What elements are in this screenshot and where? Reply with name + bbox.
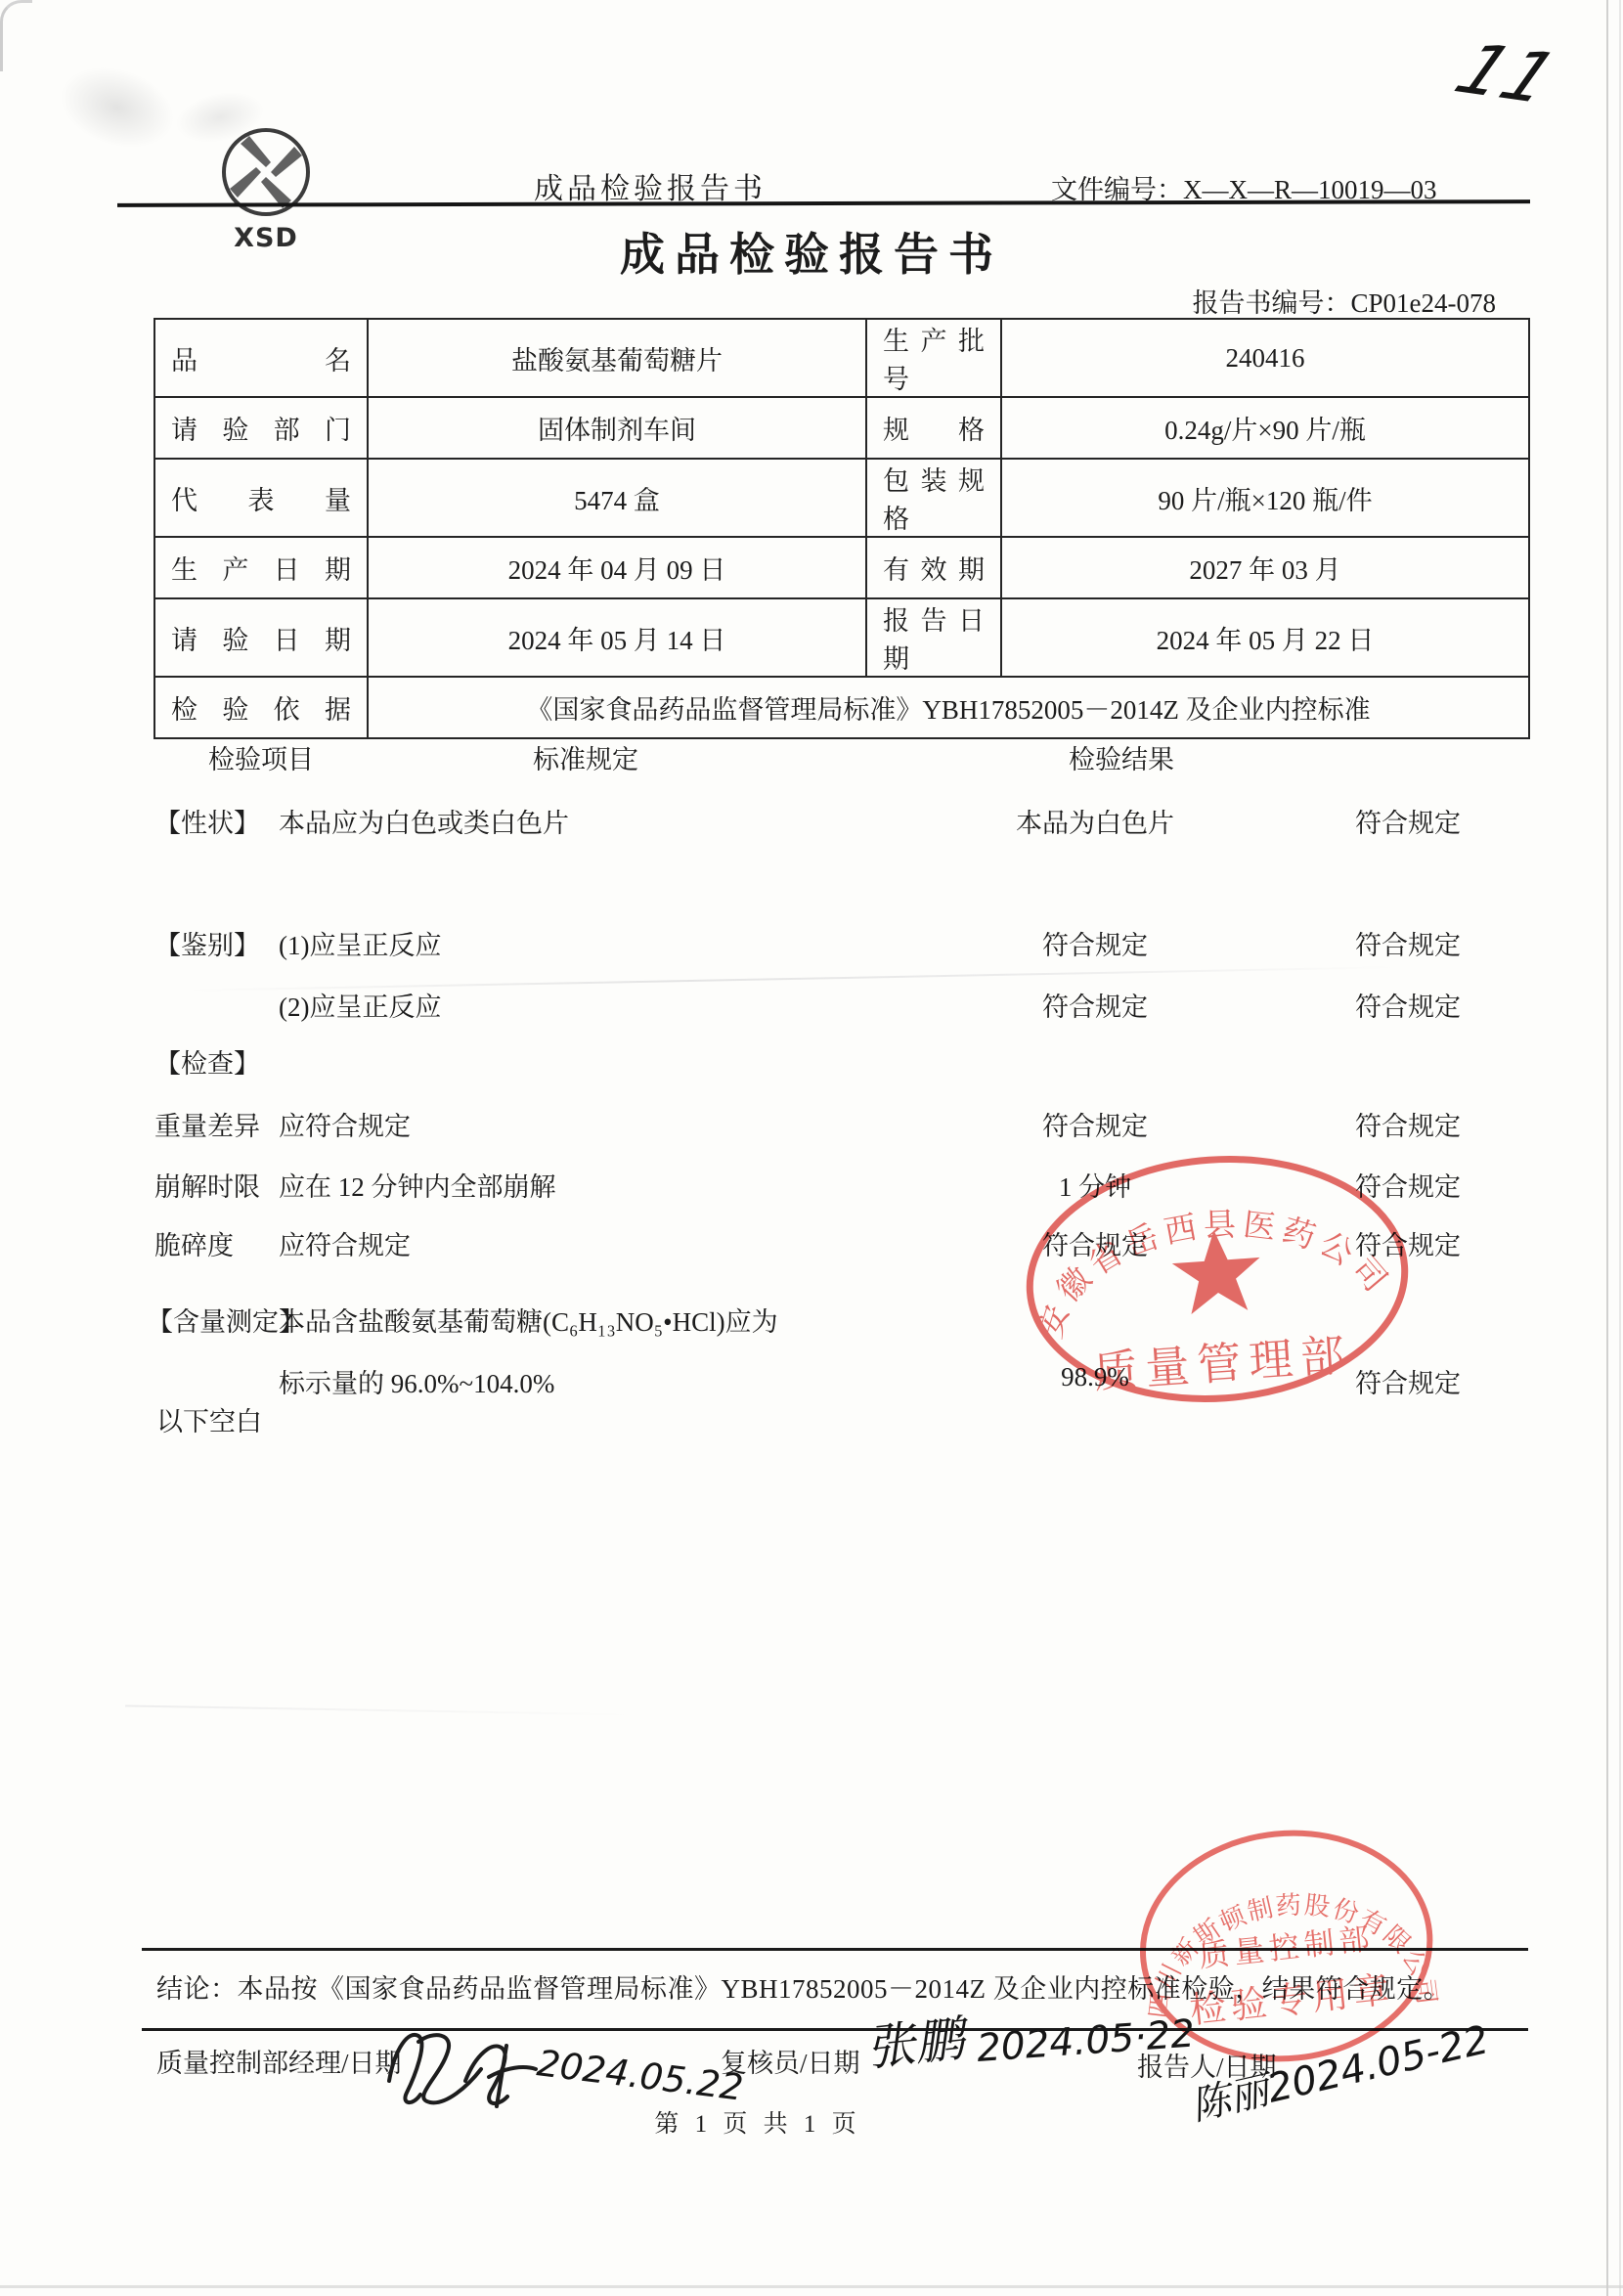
result-standard: 本品含盐酸氨基葡萄糖(C₆H₁₃NO₅•HCl)应为 [279,1301,778,1339]
field-value: 2024 年 05 月 22 日 [1001,598,1529,677]
result-value: 1 分钟 [999,1166,1191,1204]
page-number-footer: 第 1 页 共 1 页 [557,2104,958,2140]
result-item: 【性状】 [154,802,260,840]
field-value: 2024 年 04 月 09 日 [368,537,866,598]
field-label: 生产日期 [154,537,368,598]
table-row: 检验依据 《国家食品药品监督管理局标准》YBH17852005－2014Z 及企… [154,677,1529,738]
scan-corner-edge [0,0,32,71]
reviewer-signature-name: 张鹏 [863,2009,973,2077]
manager-signature-scribble [389,2035,536,2106]
page-title: 成品检验报告书 [0,219,1623,284]
result-conclusion: 符合规定 [1322,1362,1494,1400]
conclusion-text: 结论：本品按《国家食品药品监督管理局标准》YBH17852005－2014Z 及… [156,1967,1545,2006]
table-row: 代表量 5474 盒 包装规格 90 片/瓶×120 瓶/件 [154,459,1529,537]
results-header-standard: 标准规定 [533,738,638,776]
reviewer-signature-label: 复核员/日期 [721,2042,860,2080]
field-label: 有效期 [866,537,1001,598]
scan-edge-line [1619,0,1621,2296]
result-item: 【鉴别】 [154,924,260,962]
table-row: 请验日期 2024 年 05 月 14 日 报告日期 2024 年 05 月 2… [154,598,1529,677]
results-header-item: 检验项目 [208,738,314,776]
field-label: 请验日期 [154,598,368,677]
manager-signature-label: 质量控制部经理/日期 [156,2042,402,2080]
result-conclusion: 符合规定 [1322,1224,1494,1262]
result-standard: 本品应为白色或类白色片 [279,802,569,840]
conclusion-rule-bottom [142,2028,1528,2031]
result-value: 符合规定 [999,986,1191,1024]
result-conclusion: 符合规定 [1322,1105,1494,1143]
field-label: 品名 [154,319,368,397]
results-header-result: 检验结果 [1069,738,1174,776]
result-standard: 应在 12 分钟内全部崩解 [279,1166,556,1204]
corner-mark: 11 [1443,29,1569,119]
field-value: 90 片/瓶×120 瓶/件 [1001,459,1529,537]
field-value: 5474 盒 [368,459,866,537]
result-conclusion: 符合规定 [1322,1166,1494,1204]
field-label: 包装规格 [866,459,1001,537]
pinwheel-icon [230,136,302,208]
qa-stamp-company: 安徽省岳西县医药公司 [1025,1196,1399,1346]
logo-circle [224,130,308,214]
field-label: 请验部门 [154,397,368,459]
field-value: 固体制剂车间 [368,397,866,459]
result-item: 脆碎度 [154,1224,234,1262]
scan-edge-line [0,2285,1623,2288]
result-standard: 标示量的 96.0%~104.0% [279,1362,554,1400]
field-value: 2024 年 05 月 14 日 [368,598,866,677]
reporter-signature-label: 报告人/日期 [1137,2046,1277,2084]
result-item: 崩解时限 [154,1166,260,1204]
below-blank-note: 以下空白 [156,1400,262,1438]
result-value: 符合规定 [999,924,1191,962]
scan-crease [125,1704,634,1715]
result-standard: (2)应呈正反应 [279,986,441,1024]
result-standard: 应符合规定 [279,1224,411,1262]
field-label: 生产批号 [866,319,1001,397]
result-item: 【检查】 [154,1042,260,1081]
result-conclusion: 符合规定 [1322,986,1494,1024]
table-row: 品名 盐酸氨基葡萄糖片 生产批号 240416 [154,319,1529,397]
qc-stamp-company: 四川新斯顿制药股份有限公司 [1133,1877,1441,2036]
field-value: 240416 [1001,319,1529,397]
result-standard: 应符合规定 [279,1105,411,1143]
table-row: 生产日期 2024 年 04 月 09 日 有效期 2027 年 03 月 [154,537,1529,598]
product-info-table: 品名 盐酸氨基葡萄糖片 生产批号 240416 请验部门 固体制剂车间 规格 0… [154,318,1530,739]
field-value: 盐酸氨基葡萄糖片 [368,319,866,397]
field-label: 检验依据 [154,677,368,738]
result-standard: (1)应呈正反应 [279,924,441,962]
conclusion-rule-top [142,1948,1528,1951]
result-item: 重量差异 [154,1105,260,1143]
field-label: 报告日期 [866,598,1001,677]
table-row: 请验部门 固体制剂车间 规格 0.24g/片×90 片/瓶 [154,397,1529,459]
field-label: 规格 [866,397,1001,459]
scanned-report-page: XSD 成品检验报告书 文件编号：X—X—R—10019—03 成品检验报告书 … [0,0,1623,2296]
result-value: 98.9% [999,1362,1191,1392]
result-value: 本品为白色片 [999,802,1191,840]
result-value: 符合规定 [999,1105,1191,1143]
field-value: 0.24g/片×90 片/瓶 [1001,397,1529,459]
scan-edge-line [1606,0,1608,2296]
qc-stamp-ring [1131,1819,1440,2072]
field-value: 2027 年 03 月 [1001,537,1529,598]
result-conclusion: 符合规定 [1322,924,1494,962]
field-label: 代表量 [154,459,368,537]
result-value: 符合规定 [999,1224,1191,1262]
field-value: 《国家食品药品监督管理局标准》YBH17852005－2014Z 及企业内控标准 [368,677,1529,738]
result-conclusion: 符合规定 [1322,802,1494,840]
manager-signature-date: 2024.05.22 [535,2042,746,2108]
report-number: 报告书编号：CP01e24-078 [1056,282,1496,320]
